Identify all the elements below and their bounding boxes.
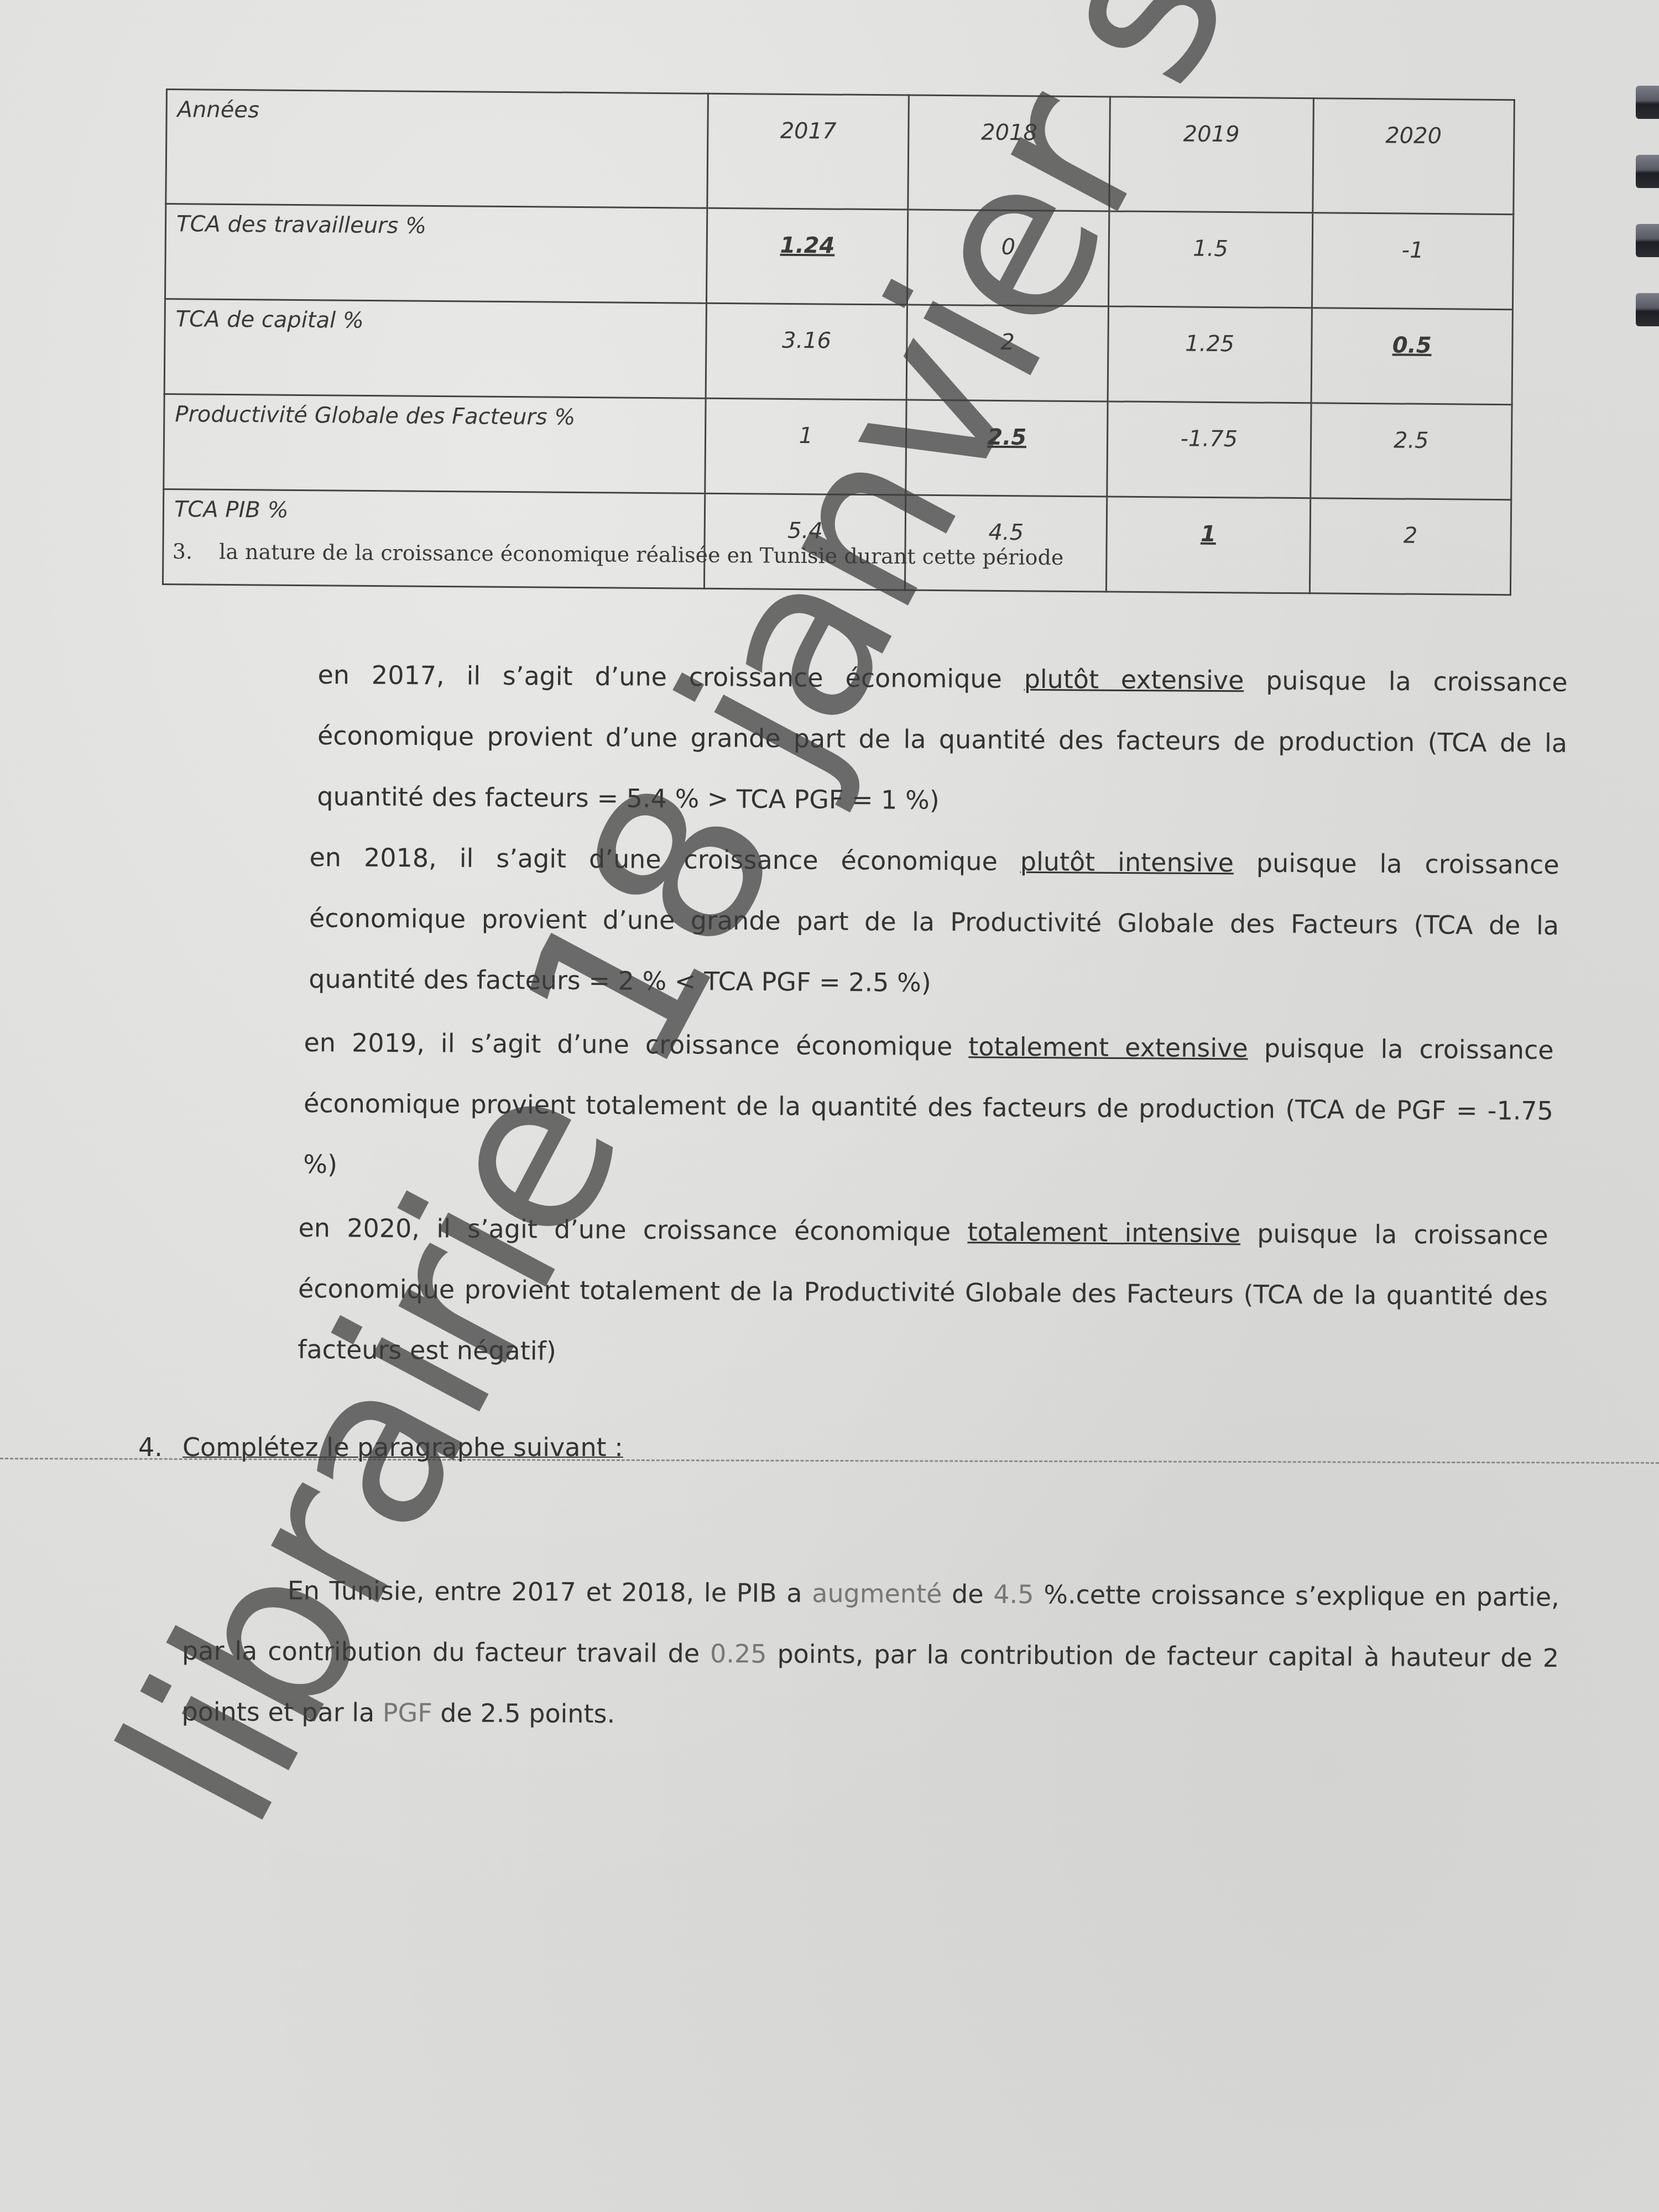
filled-blank: PGF [383,1698,432,1728]
paragraph-text: points, par la contribution de facteur c… [766,1639,1543,1673]
question-title: Complétez le paragraphe suivant : [182,1432,623,1462]
table-cell: 1.24 [706,208,908,305]
paragraph-text: points. [521,1698,615,1729]
cell-value: 1 [1201,521,1216,547]
cell-value: 2 [1000,330,1015,355]
table-cell: -1.75 [1107,401,1311,498]
table-cell: 2.5 [906,400,1108,497]
cell-value: 1.24 [780,233,834,259]
table-cell: 2 [1310,498,1511,595]
cell-value: 5.4 [787,518,823,544]
answer-text: en 2019, il s’agit d’une croissance écon… [304,1027,968,1061]
answer-paragraph: en 2020, il s’agit d’une croissance écon… [298,1197,1548,1387]
row-label: Productivité Globale des Facteurs % [164,394,706,493]
table-row: Productivité Globale des Facteurs %12.5-… [164,394,1512,499]
cell-value: 0.5 [1392,332,1432,358]
question-4-heading: 4.Complétez le paragraphe suivant : [138,1432,623,1462]
growth-type-answer: plutôt extensive [1024,664,1244,695]
table-cell: -1 [1312,213,1514,310]
table-cell: 0 [907,210,1109,306]
cell-value: 2 [1404,523,1418,549]
cell-value: 1 [799,423,813,448]
cell-value: -1 [1401,238,1423,263]
header-cell: 2017 [707,93,909,210]
question-number: 3. [173,539,193,564]
cell-value: 2.5 [987,425,1026,451]
growth-type-answer: totalement extensive [968,1031,1248,1063]
answer-text: en 2020, il s’agit d’une croissance écon… [298,1213,967,1246]
table-header-row: Années 2017 2018 2019 2020 [166,90,1515,215]
table-cell: 2 [907,305,1109,401]
table-cell: 1 [705,398,907,495]
cell-value: 2.5 [1394,427,1429,453]
paragraph-text: de [432,1698,481,1728]
binder-hole [1636,86,1659,119]
answer-text: en 2018, il s’agit d’une croissance écon… [309,842,1020,877]
binder-hole [1636,224,1659,257]
table-cell: 3.16 [706,303,907,400]
cell-value: 4.5 [988,520,1024,545]
header-cell: 2020 [1312,98,1514,215]
filled-blank: 0.25 [710,1639,767,1669]
filled-blank: 2.5 [480,1698,520,1728]
header-cell: 2018 [908,95,1110,211]
question-number: 4. [138,1432,163,1462]
cell-value: -1.75 [1180,426,1238,452]
row-label: TCA de capital % [164,299,706,399]
table-cell: 0.5 [1311,308,1513,405]
table-cell: 4.5 [905,495,1107,592]
completion-paragraph: En Tunisie, entre 2017 et 2018, le PIB a… [181,1559,1559,1749]
header-cell: Années [166,90,708,208]
table-row: TCA de capital %3.1621.250.5 [164,299,1512,405]
growth-type-answer: plutôt intensive [1020,847,1234,878]
row-label: TCA PIB % [163,489,705,588]
scanned-page: Années 2017 2018 2019 2020 TCA des trava… [0,0,1659,2212]
binder-hole [1636,155,1659,188]
cell-value: 3.16 [782,328,831,354]
growth-data-table: Années 2017 2018 2019 2020 TCA des trava… [162,88,1515,596]
table-cell: 2.5 [1310,403,1512,500]
answer-paragraph: en 2019, il s’agit d’une croissance écon… [303,1012,1554,1202]
filled-blank: augmenté [812,1578,942,1609]
answer-paragraph: en 2017, il s’agit d’une croissance écon… [317,644,1568,834]
cell-value: 0 [1001,234,1015,260]
table-cell: 1 [1106,497,1310,593]
cell-value: 1.25 [1185,331,1234,357]
paragraph-text: points et par la [181,1697,383,1728]
table-cell: 5.4 [704,493,906,590]
row-label: TCA des travailleurs % [165,204,707,304]
growth-type-answer: totalement intensive [967,1217,1240,1248]
paragraph-text: En Tunisie, entre 2017 et 2018, le PIB a [288,1575,812,1608]
filled-blank: 4.5 [993,1579,1034,1609]
table-row: TCA des travailleurs %1.2401.5-1 [165,204,1514,310]
answer-text: en 2017, il s’agit d’une croissance écon… [317,660,1024,694]
binder-hole [1636,293,1659,326]
table-cell: 1.25 [1108,306,1312,403]
cell-value: 1.5 [1193,236,1228,262]
table-cell: 1.5 [1108,211,1312,308]
paragraph-text: de [942,1579,993,1609]
answer-paragraph: en 2018, il s’agit d’une croissance écon… [309,827,1559,1017]
filled-blank: 2 [1543,1643,1559,1673]
header-cell: 2019 [1109,97,1313,213]
